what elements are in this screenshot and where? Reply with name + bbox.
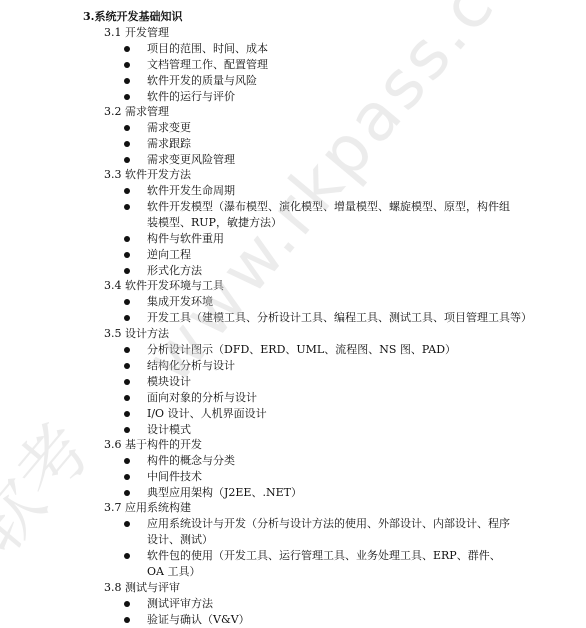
bullet-icon [124,125,130,131]
bullet-icon [124,411,130,417]
bullet-icon [124,204,130,210]
section-heading-3-5: 3.5 设计方法 [104,326,169,342]
bullet-icon [124,252,130,258]
bullet-icon [124,46,130,52]
bullet-icon [124,363,130,369]
bullet-icon [124,601,130,607]
section-heading-3-4: 3.4 软件开发环境与工具 [104,278,224,294]
bullet-icon [124,347,130,353]
bullet-icon [124,395,130,401]
bullet-icon [124,490,130,496]
bullet-icon [124,379,130,385]
bullet-icon [124,94,130,100]
bullet-icon [124,141,130,147]
bullet-icon [124,521,130,527]
bullet-icon [124,617,130,623]
section-heading-3-3: 3.3 软件开发方法 [104,167,191,183]
section-heading-3-8: 3.8 测试与评审 [104,580,180,596]
section-heading-3-1: 3.1 开发管理 [104,25,169,41]
bullet-icon [124,427,130,433]
watermark-cn: 软考 [0,399,110,571]
section-heading-3-2: 3.2 需求管理 [104,104,169,120]
bullet-icon [124,188,130,194]
bullet-icon [124,315,130,321]
bullet-icon [124,299,130,305]
bullet-icon [124,474,130,480]
bullet-icon [124,157,130,163]
section-heading-3-7: 3.7 应用系统构建 [104,500,191,516]
bullet-icon [124,268,130,274]
bullet-icon [124,62,130,68]
bullet-icon [124,78,130,84]
bullet-icon [124,553,130,559]
bullet-icon [124,236,130,242]
bullet-icon [124,458,130,464]
document-title: 3.系统开发基础知识 [83,9,182,25]
section-heading-3-6: 3.6 基于构件的开发 [104,437,202,453]
